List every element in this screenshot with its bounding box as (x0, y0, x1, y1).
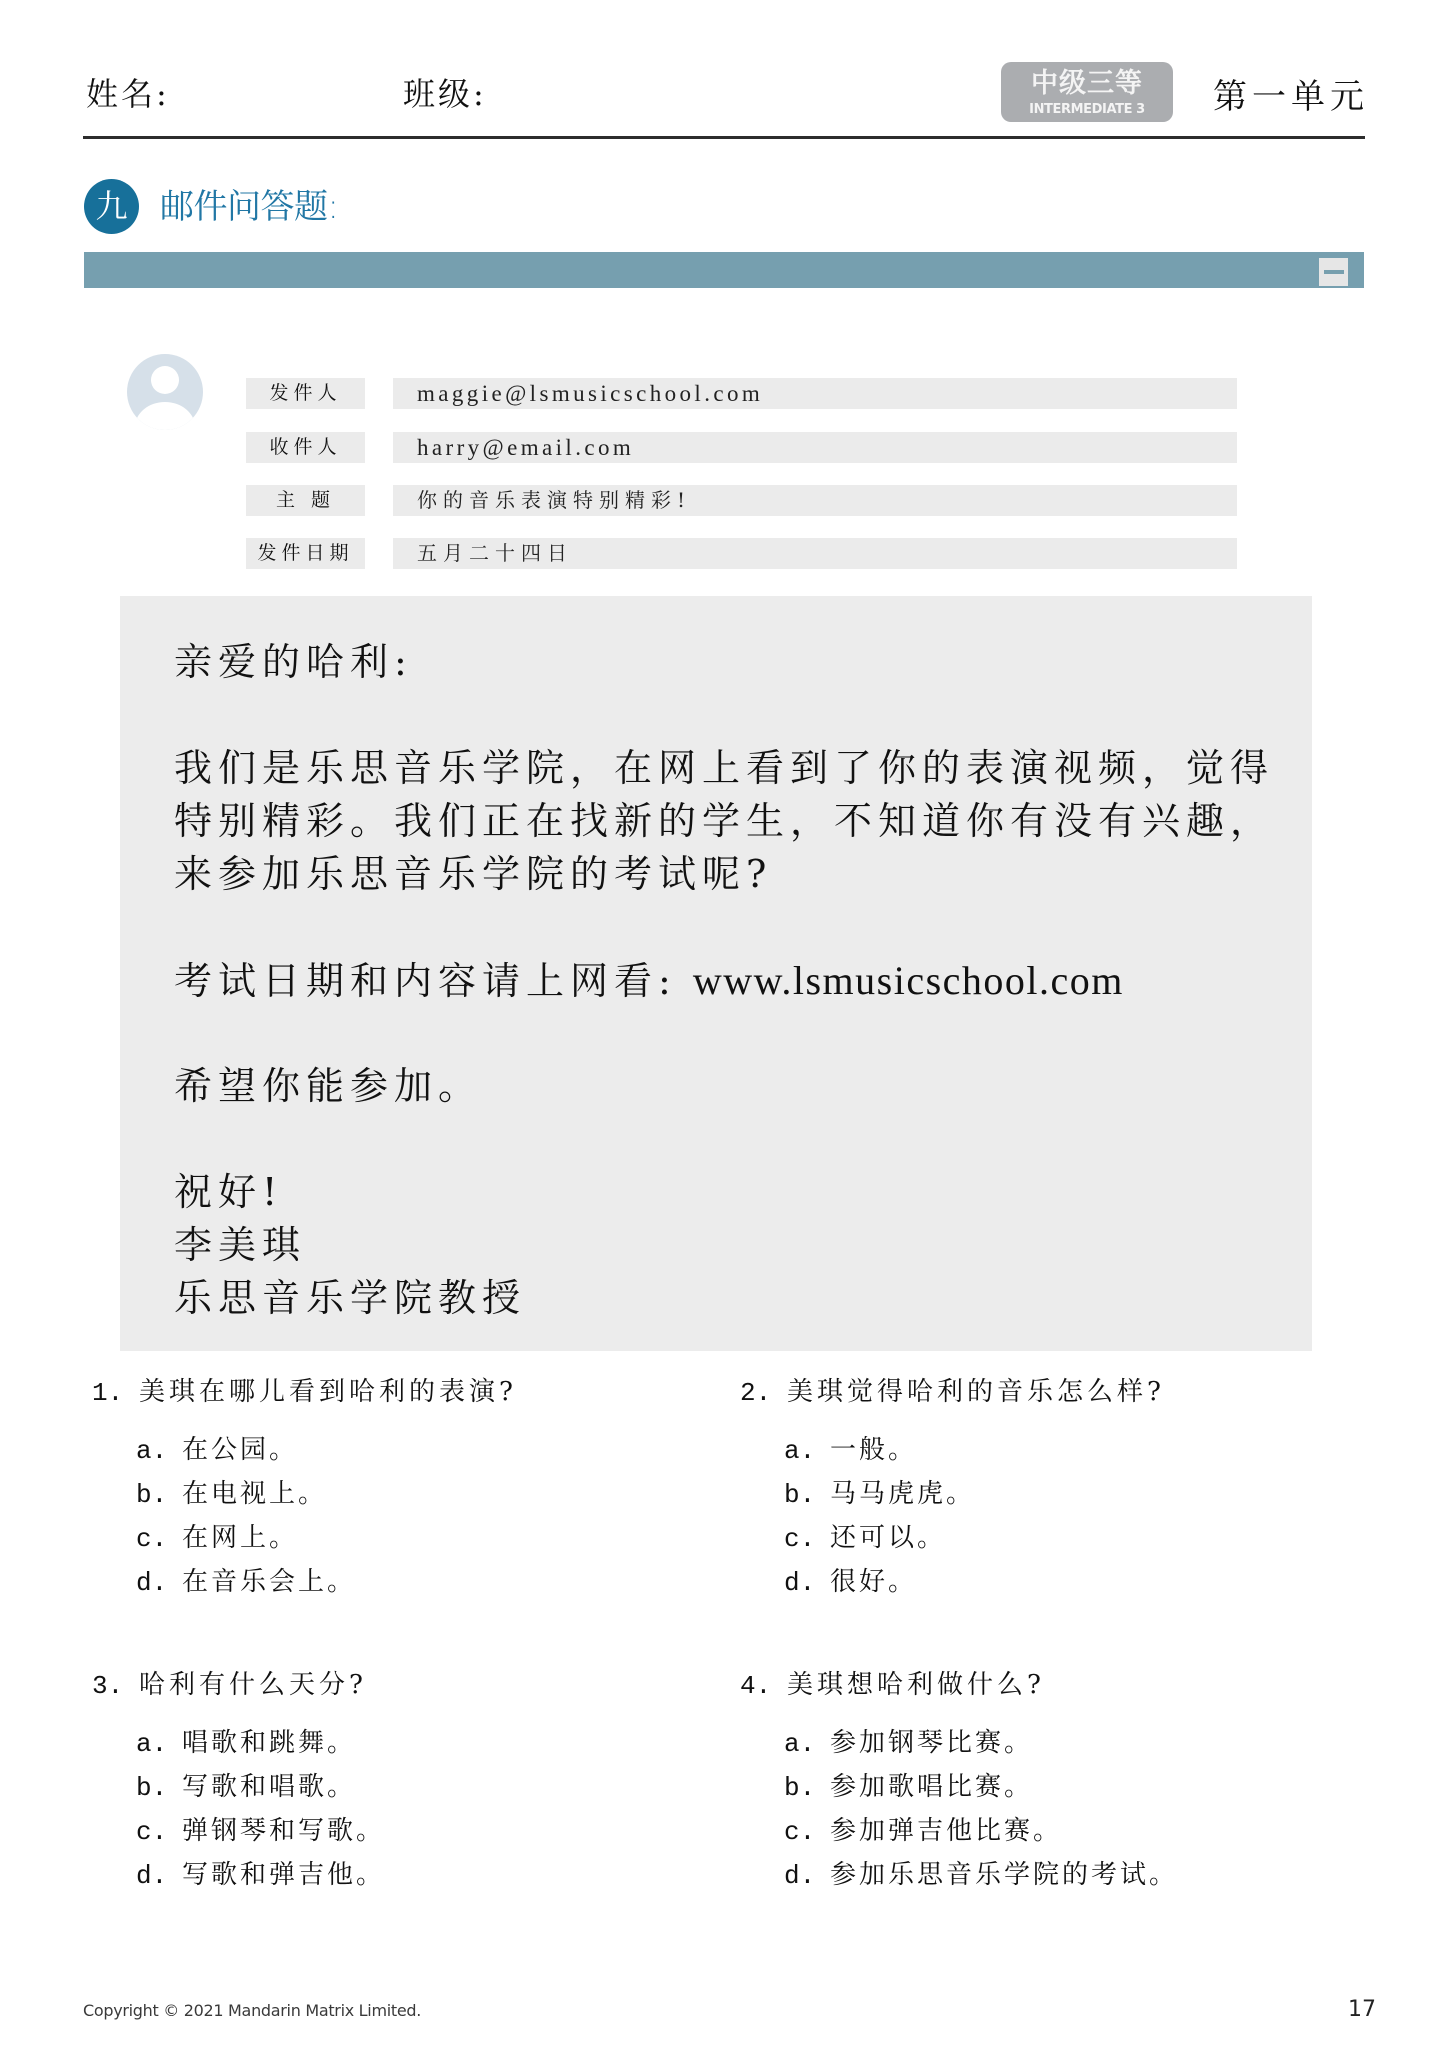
unit-title: 第一单元 (1213, 76, 1369, 118)
avatar-shoulders (135, 402, 195, 430)
field-value-from: maggie@lsmusicschool.com (393, 378, 1237, 409)
option-c: c.弹钢琴和写歌。 (92, 1809, 732, 1853)
option-d: d.在音乐会上。 (92, 1560, 732, 1604)
header-divider (83, 136, 1365, 139)
minimize-button[interactable] (1319, 258, 1348, 286)
option-d: d.很好。 (740, 1560, 1380, 1604)
blank-line (174, 1113, 1312, 1166)
field-label-to: 收件人 (246, 432, 365, 463)
field-label-date: 发件日期 (246, 538, 365, 569)
exam-info-text: 考试日期和内容请上网看: (174, 959, 677, 1003)
email-signoff: 祝好! (174, 1166, 1312, 1219)
exam-info-line: 考试日期和内容请上网看:www.lsmusicschool.com (174, 954, 1312, 1007)
copyright-notice: Copyright © 2021 Mandarin Matrix Limited… (83, 2000, 421, 2022)
minus-icon (1324, 270, 1344, 274)
field-label-from: 发件人 (246, 378, 365, 409)
class-label: 班级: (403, 74, 487, 114)
email-subject: 你的音乐表演特别精彩! (417, 485, 691, 516)
email-greeting: 亲爱的哈利: (174, 636, 1312, 689)
page-number: 17 (1340, 1996, 1376, 2024)
question-number: 1. (92, 1371, 139, 1415)
question-stem: 3.哈利有什么天分? (92, 1663, 732, 1707)
option-a: a.参加钢琴比赛。 (740, 1721, 1380, 1765)
paragraph-line: 来参加乐思音乐学院的考试呢? (174, 848, 1312, 901)
question-text: 美琪在哪儿看到哈利的表演? (139, 1377, 517, 1407)
section-number-badge: 九 (84, 179, 139, 234)
option-b: b.在电视上。 (92, 1472, 732, 1516)
option-a: a.在公园。 (92, 1428, 732, 1472)
question-2: 2.美琪觉得哈利的音乐怎么样? a.一般。 b.马马虎虎。 c.还可以。 d.很… (740, 1370, 1380, 1604)
school-website-link[interactable]: www.lsmusicschool.com (693, 958, 1124, 1003)
level-badge: 中级三等 INTERMEDIATE 3 (1001, 62, 1173, 122)
option-d: d.写歌和弹吉他。 (92, 1853, 732, 1897)
option-c: c.还可以。 (740, 1516, 1380, 1560)
email-window-titlebar (84, 252, 1364, 288)
email-closing: 希望你能参加。 (174, 1060, 1312, 1113)
field-value-subject: 你的音乐表演特别精彩! (393, 485, 1237, 516)
field-value-date: 五月二十四日 (393, 538, 1237, 569)
sender-email: maggie@lsmusicschool.com (417, 378, 763, 409)
email-body: 亲爱的哈利: 我们是乐思音乐学院，在网上看到了你的表演视频，觉得 特别精彩。我们… (120, 596, 1312, 1351)
option-a: a.一般。 (740, 1428, 1380, 1472)
recipient-email: harry@email.com (417, 432, 634, 463)
level-badge-zh: 中级三等 (1001, 68, 1173, 100)
question-text: 美琪想哈利做什么? (787, 1670, 1045, 1700)
blank-line (174, 689, 1312, 742)
question-number: 4. (740, 1664, 787, 1708)
question-text: 哈利有什么天分? (139, 1670, 367, 1700)
question-4: 4.美琪想哈利做什么? a.参加钢琴比赛。 b.参加歌唱比赛。 c.参加弹吉他比… (740, 1663, 1380, 1897)
paragraph-line: 我们是乐思音乐学院，在网上看到了你的表演视频，觉得 (174, 742, 1312, 795)
field-value-to: harry@email.com (393, 432, 1237, 463)
email-date: 五月二十四日 (417, 538, 573, 569)
option-b: b.马马虎虎。 (740, 1472, 1380, 1516)
question-1: 1.美琪在哪儿看到哈利的表演? a.在公园。 b.在电视上。 c.在网上。 d.… (92, 1370, 732, 1604)
paragraph-line: 特别精彩。我们正在找新的学生，不知道你有没有兴趣， (174, 795, 1312, 848)
sender-name: 李美琪 (174, 1219, 1312, 1272)
option-c: c.参加弹吉他比赛。 (740, 1809, 1380, 1853)
option-b: b.写歌和唱歌。 (92, 1765, 732, 1809)
question-number: 3. (92, 1664, 139, 1708)
question-number: 2. (740, 1371, 787, 1415)
question-stem: 4.美琪想哈利做什么? (740, 1663, 1380, 1707)
option-a: a.唱歌和跳舞。 (92, 1721, 732, 1765)
sender-title: 乐思音乐学院教授 (174, 1272, 1312, 1325)
question-text: 美琪觉得哈利的音乐怎么样? (787, 1377, 1165, 1407)
question-3: 3.哈利有什么天分? a.唱歌和跳舞。 b.写歌和唱歌。 c.弹钢琴和写歌。 d… (92, 1663, 732, 1897)
question-stem: 1.美琪在哪儿看到哈利的表演? (92, 1370, 732, 1414)
name-label: 姓名: (86, 74, 170, 114)
level-badge-en: INTERMEDIATE 3 (1001, 102, 1173, 117)
blank-line (174, 901, 1312, 954)
blank-line (174, 1007, 1312, 1060)
option-d: d.参加乐思音乐学院的考试。 (740, 1853, 1380, 1897)
field-label-subject: 主 题 (246, 485, 365, 516)
section-title: 邮件问答题: (160, 186, 338, 228)
option-c: c.在网上。 (92, 1516, 732, 1560)
avatar-head (151, 366, 179, 394)
question-stem: 2.美琪觉得哈利的音乐怎么样? (740, 1370, 1380, 1414)
user-avatar-icon (127, 354, 203, 430)
option-b: b.参加歌唱比赛。 (740, 1765, 1380, 1809)
